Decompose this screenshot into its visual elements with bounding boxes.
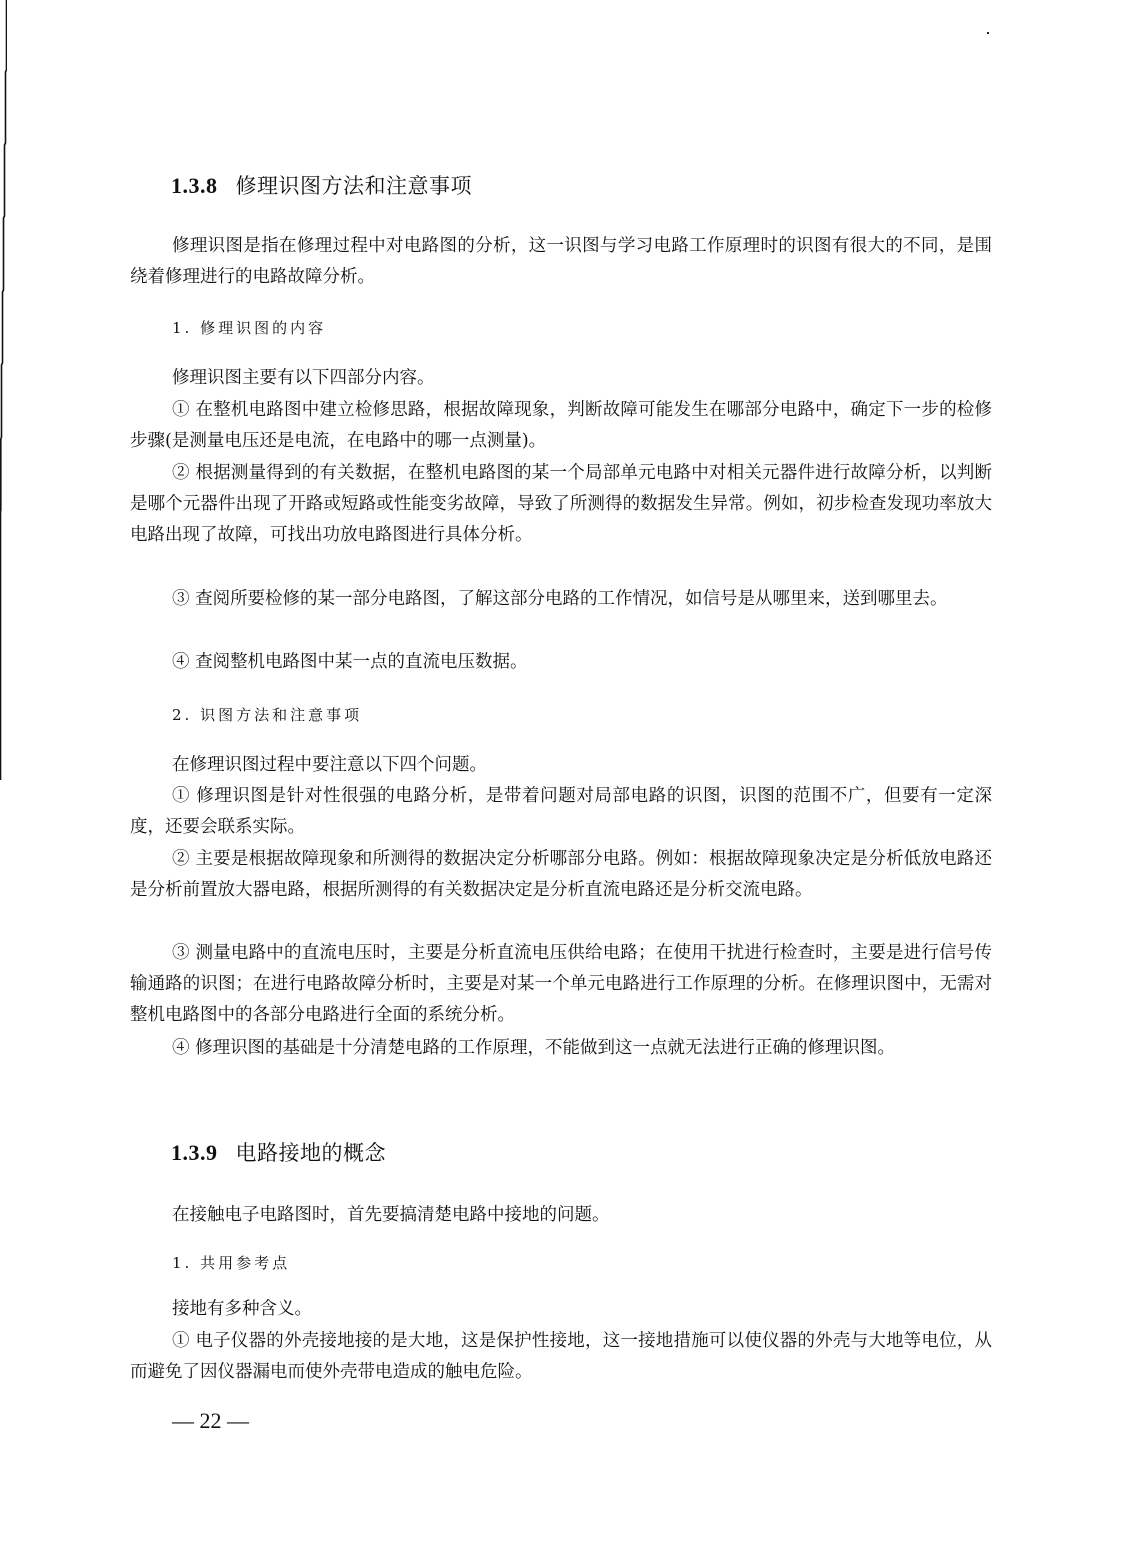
page-number: — 22 — [172,1408,249,1434]
list-item: ① 修理识图是针对性很强的电路分析，是带着问题对局部电路的识图，识图的范围不广，… [130,781,992,843]
scan-speck [987,32,989,34]
list-item: ③ 查阅所要检修的某一部分电路图，了解这部分电路的工作情况，如信号是从哪里来，送… [130,584,992,615]
list-item: ④ 修理识图的基础是十分清楚电路的工作原理，不能做到这一点就无法进行正确的修理识… [130,1033,992,1064]
subsection-heading: 2. 识图方法和注意事项 [172,704,362,725]
list-item: ④ 查阅整机电路图中某一点的直流电压数据。 [130,647,992,678]
section-title: 修理识图方法和注意事项 [236,174,473,198]
section-intro-paragraph: 修理识图是指在修理过程中对电路图的分析，这一识图与学习电路工作原理时的识图有很大… [130,231,992,293]
subsection-heading: 1. 修理识图的内容 [172,317,326,338]
section-heading-1-3-8: 1.3.8修理识图方法和注意事项 [171,170,472,200]
list-item: ① 在整机电路图中建立检修思路，根据故障现象，判断故障可能发生在哪部分电路中，确… [130,395,992,457]
section-title: 电路接地的概念 [236,1141,387,1165]
list-item: ② 主要是根据故障现象和所测得的数据决定分析哪部分电路。例如：根据故障现象决定是… [130,844,992,906]
list-item: ③ 测量电路中的直流电压时，主要是分析直流电压供给电路；在使用干扰进行检查时，主… [130,938,992,1031]
section-number: 1.3.8 [171,173,218,198]
lead-paragraph: 修理识图主要有以下四部分内容。 [130,363,992,394]
lead-paragraph: 接地有多种含义。 [130,1294,992,1325]
scan-edge-line [0,0,7,780]
section-heading-1-3-9: 1.3.9电路接地的概念 [171,1137,386,1167]
list-item: ① 电子仪器的外壳接地接的是大地，这是保护性接地，这一接地措施可以使仪器的外壳与… [130,1326,992,1388]
subsection-heading: 1. 共用参考点 [172,1252,290,1273]
section-number: 1.3.9 [171,1140,218,1165]
list-item: ② 根据测量得到的有关数据，在整机电路图的某一个局部单元电路中对相关元器件进行故… [130,458,992,551]
section-intro-paragraph: 在接触电子电路图时，首先要搞清楚电路中接地的问题。 [130,1200,992,1231]
lead-paragraph: 在修理识图过程中要注意以下四个问题。 [130,750,992,781]
